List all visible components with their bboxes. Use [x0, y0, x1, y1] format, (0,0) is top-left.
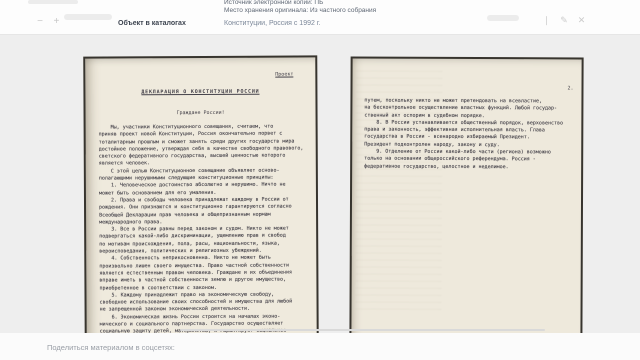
text-line: 1. Человеческое достоинство абсолютно и …	[99, 182, 307, 190]
viewer-toolbar-icons: ❘ ✎ ✕	[540, 10, 588, 28]
document-page-left[interactable]: Проект ДЕКЛАРАЦИЯ О КОНСТИТУЦИИ РОССИИ Г…	[83, 55, 319, 333]
document-viewer: Проект ДЕКЛАРАЦИЯ О КОНСТИТУЦИИ РОССИИ Г…	[0, 34, 640, 333]
page-number: 2.	[567, 85, 573, 91]
close-icon[interactable]: ✕	[575, 13, 588, 27]
share-label: Поделиться материалом в соцсетях:	[47, 343, 175, 352]
text-line: федеративное государство, целостное и не…	[364, 163, 578, 171]
text-line: вправе иметь в частной собственности зем…	[99, 277, 307, 285]
catalog-label: Объект в каталогах	[118, 20, 186, 27]
catalog-link[interactable]: Конституции, Россия с 1992 г.	[224, 20, 320, 27]
text-line: рождения. Они признаются и конституционн…	[99, 204, 307, 212]
meta-source-line: Источник электронной копии: ПБ	[224, 0, 323, 6]
document-salutation: Граждане России!	[86, 109, 316, 116]
document-title: ДЕКЛАРАЦИЯ О КОНСТИТУЦИИ РОССИИ	[85, 88, 315, 95]
link-icon[interactable]: ✎	[558, 13, 571, 27]
right-page-text: путем, поскольку никто не может претендо…	[363, 98, 578, 333]
zoom-level-indicator	[64, 14, 112, 20]
zoom-out-button[interactable]: −	[34, 16, 46, 28]
horizontal-scrollbar[interactable]	[180, 329, 545, 331]
zoom-in-button[interactable]: +	[50, 16, 62, 28]
meta-storage-line: Место хранения оригинала: Из частного со…	[224, 7, 376, 14]
share-bar: Поделиться материалом в соцсетях:	[0, 333, 640, 360]
draft-stamp: Проект	[275, 72, 293, 78]
bookmark-icon[interactable]: ❘	[540, 13, 553, 27]
metadata-bar: − + Источник электронной копии: ПБ Место…	[0, 0, 640, 35]
faded-toolbar-remnant	[28, 0, 78, 4]
faded-label	[487, 15, 519, 21]
zoom-controls: − +	[34, 11, 62, 23]
document-page-right[interactable]: 2. путем, поскольку никто не может прете…	[349, 56, 583, 333]
left-page-text: Мы, участники Конституционного совещания…	[99, 123, 308, 333]
